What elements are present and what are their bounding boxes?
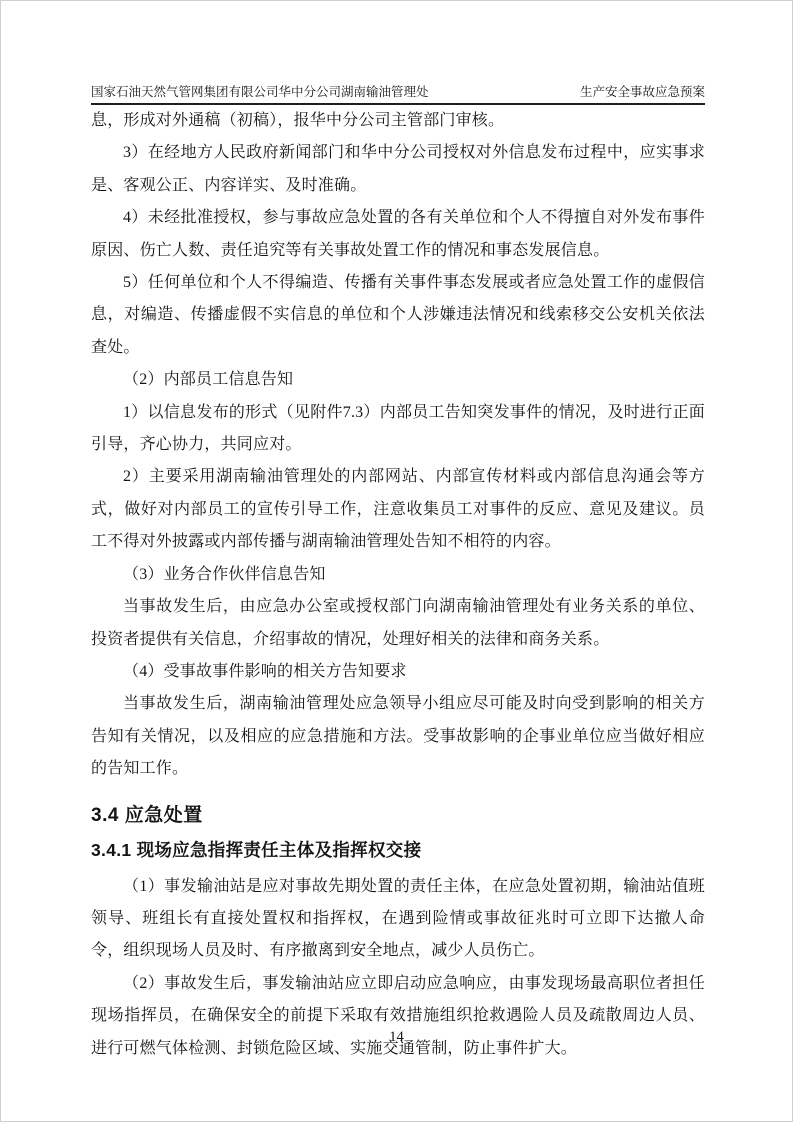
page-footer: 14 [1,1027,792,1047]
document-body: 息，形成对外通稿（初稿），报华中分公司主管部门审核。 3）在经地方人民政府新闻部… [91,105,705,1065]
body-paragraph: （2）事故发生后，事发输油站应立即启动应急响应，由事发现场最高职位者担任现场指挥… [91,968,705,1065]
numbered-item-3: 3）在经地方人民政府新闻部门和华中分公司授权对外信息发布过程中，应实事求是、客观… [91,137,705,202]
body-paragraph: 当事故发生后，湖南输油管理处应急领导小组应尽可能及时向受到影响的相关方告知有关情… [91,688,705,785]
numbered-item-4: 4）未经批准授权，参与事故应急处置的各有关单位和个人不得擅自对外发布事件原因、伤… [91,202,705,267]
header-document-title: 生产安全事故应急预案 [580,84,705,100]
list-heading-business-partners: （3）业务合作伙伴信息告知 [91,559,705,591]
page-number: 14 [389,1029,404,1045]
document-page: 国家石油天然气管网集团有限公司华中分公司湖南输油管理处 生产安全事故应急预案 息… [0,0,793,1122]
list-heading-affected-parties: （4）受事故事件影响的相关方告知要求 [91,656,705,688]
body-paragraph: 当事故发生后，由应急办公室或授权部门向湖南输油管理处有业务关系的单位、投资者提供… [91,591,705,656]
page-header: 国家石油天然气管网集团有限公司华中分公司湖南输油管理处 生产安全事故应急预案 [91,84,705,105]
numbered-item-1: 1）以信息发布的形式（见附件7.3）内部员工告知突发事件的情况，及时进行正面引导… [91,397,705,462]
section-heading-3-4: 3.4 应急处置 [91,799,705,832]
header-company-title: 国家石油天然气管网集团有限公司华中分公司湖南输油管理处 [91,84,429,100]
continuation-paragraph: 息，形成对外通稿（初稿），报华中分公司主管部门审核。 [91,105,705,137]
numbered-item-2: 2）主要采用湖南输油管理处的内部网站、内部宣传材料或内部信息沟通会等方式，做好对… [91,461,705,558]
numbered-item-5: 5）任何单位和个人不得编造、传播有关事件事态发展或者应急处置工作的虚假信息，对编… [91,267,705,364]
list-heading-internal-staff: （2）内部员工信息告知 [91,364,705,396]
subsection-heading-3-4-1: 3.4.1 现场应急指挥责任主体及指挥权交接 [91,832,705,868]
body-paragraph: （1）事发输油站是应对事故先期处置的责任主体，在应急处置初期，输油站值班领导、班… [91,871,705,968]
